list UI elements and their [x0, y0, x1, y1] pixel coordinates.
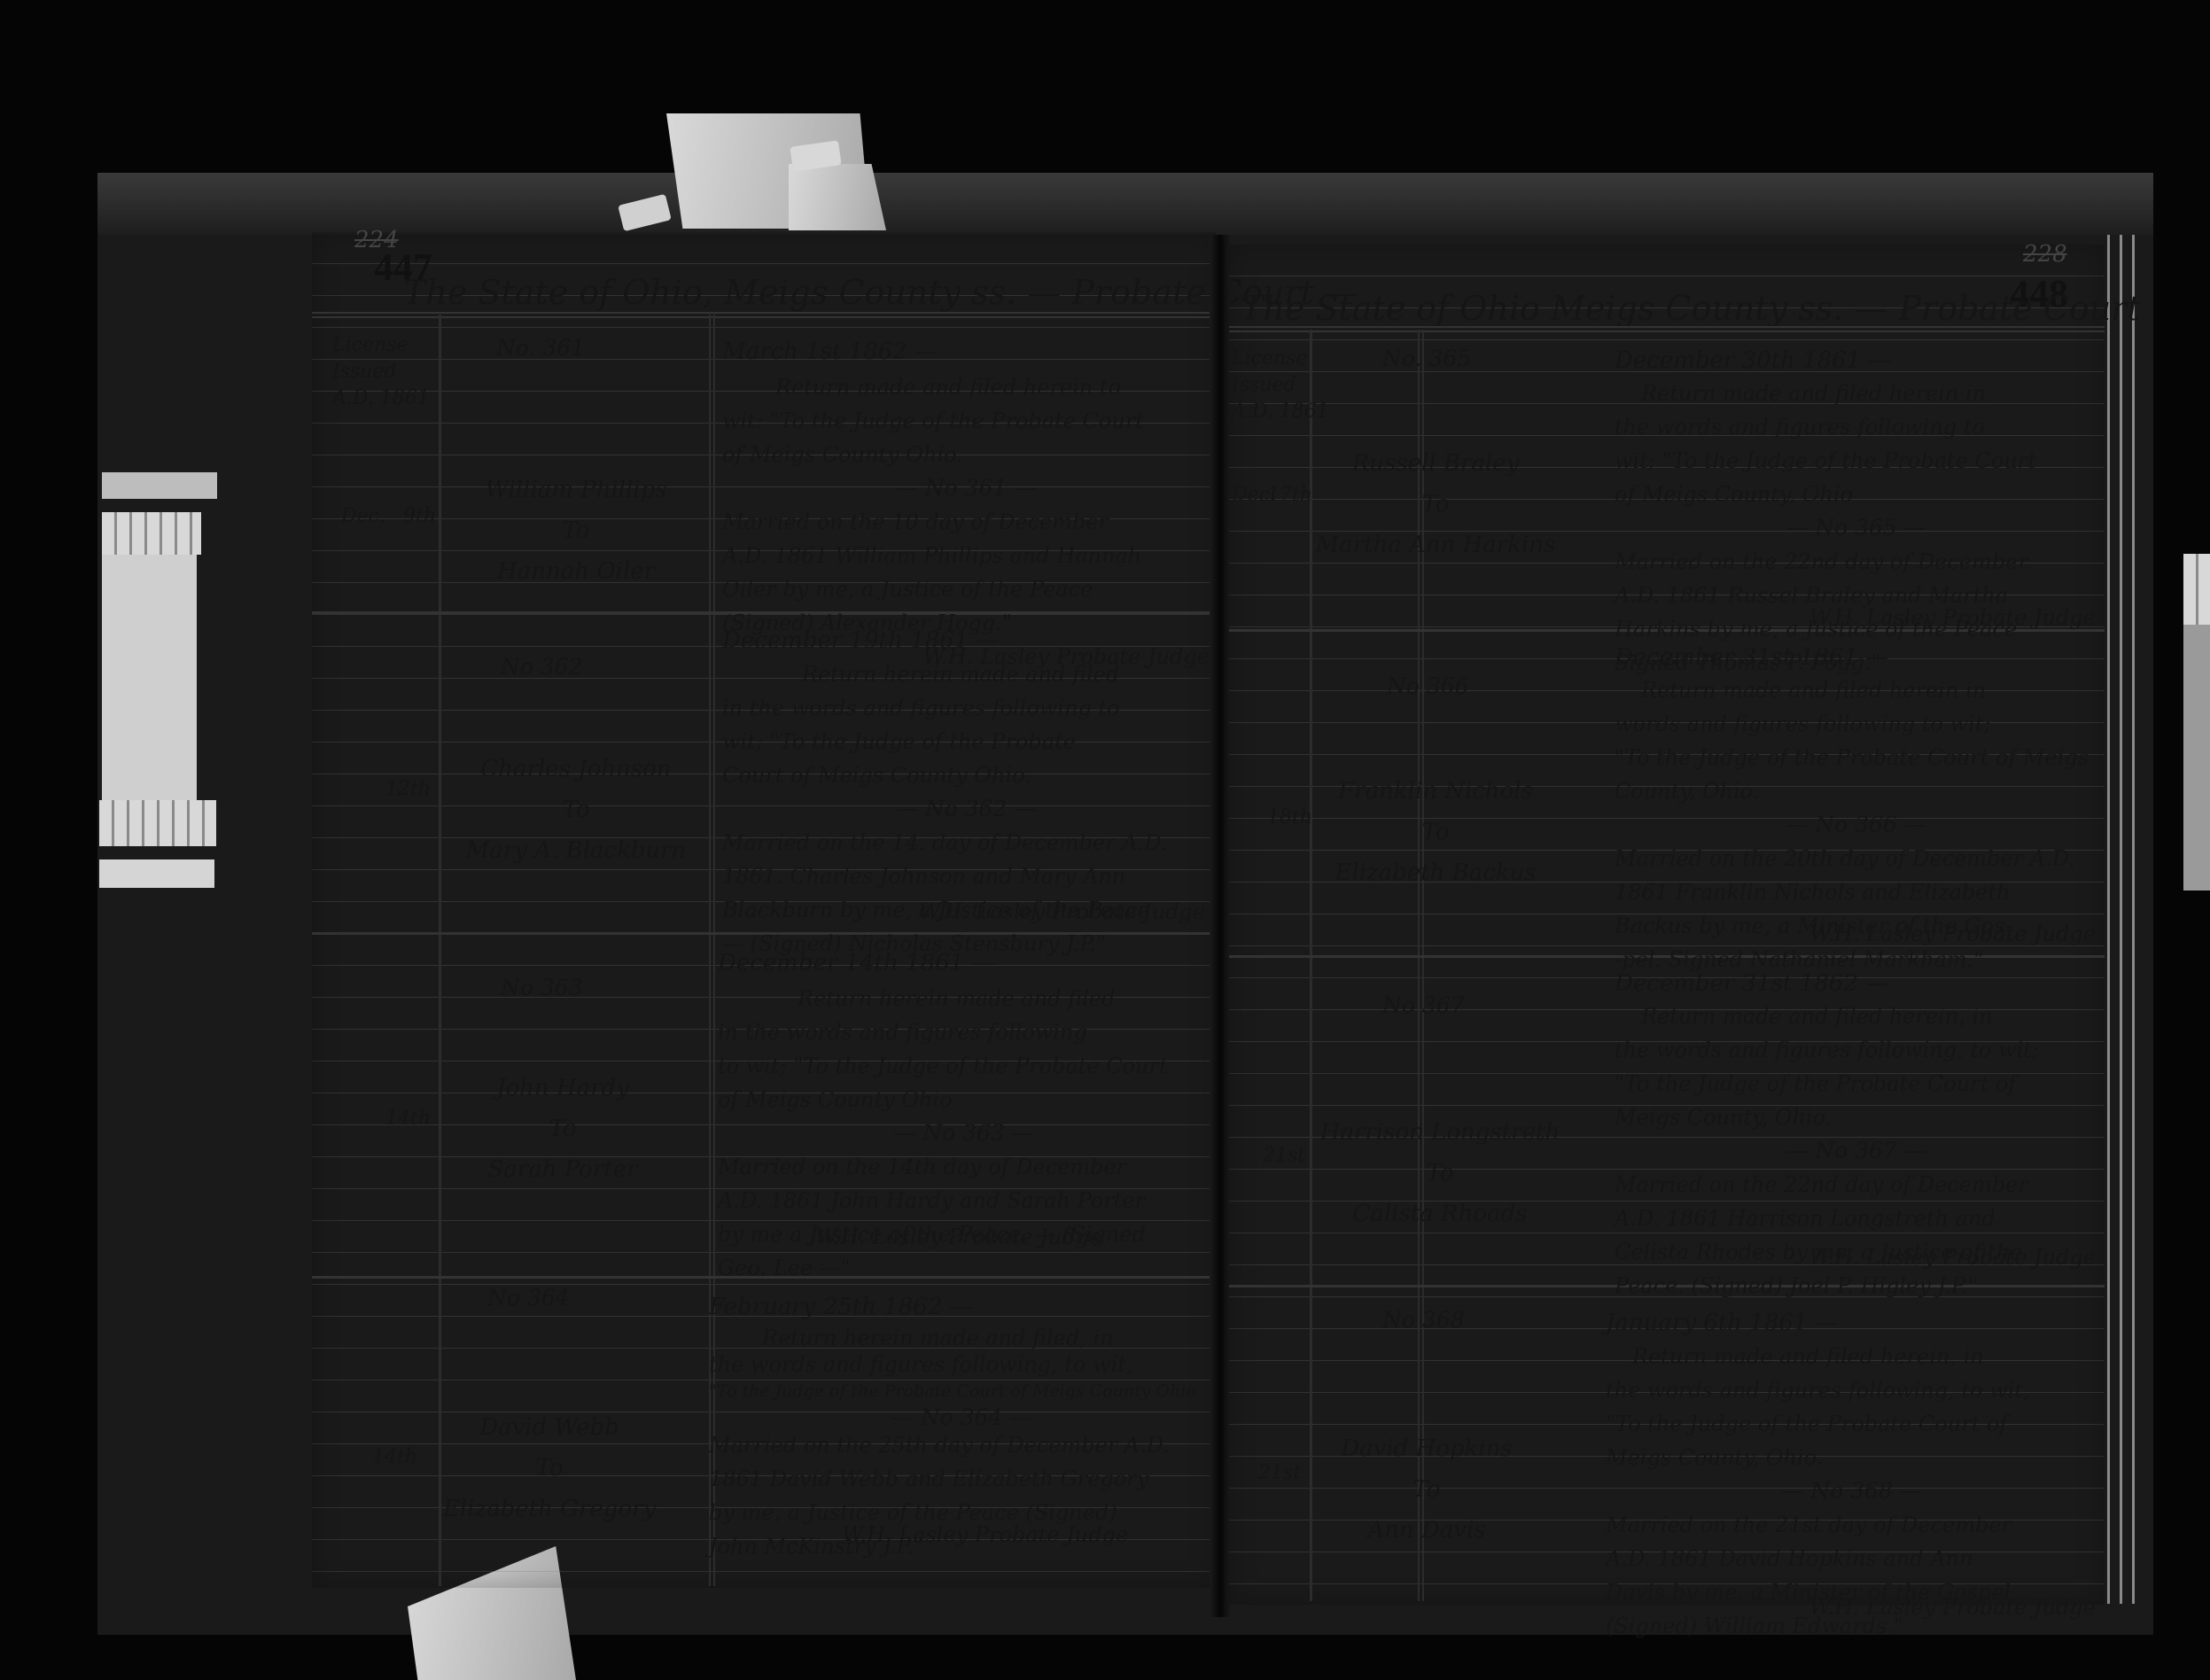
right-old-page-number: 228: [2023, 241, 2067, 268]
to-label: To: [1307, 812, 1564, 852]
judge-signature: W.H. Lasley Probate Judge: [1772, 1595, 2096, 1620]
bride-name: Elizabeth Gregory: [408, 1489, 691, 1529]
judge-signature: W.H. Lasley Probate Judge: [1790, 605, 2096, 630]
judge-signature: W.H. Lasley Probate Judge: [1790, 922, 2096, 946]
return-date: December 19th 1861 —: [722, 627, 1000, 654]
bride-name: Mary A. Blackburn: [443, 830, 709, 871]
couple-names: David Webb To Elizabeth Gregory: [408, 1407, 691, 1529]
left-license-header: License Issued A.D. 1861: [332, 332, 430, 412]
couple-names: John Hardy To Sarah Porter: [430, 1068, 696, 1190]
left-header-rule: [312, 312, 1216, 318]
license-month: Dec.: [341, 505, 385, 527]
license-day: 9th: [403, 505, 436, 527]
groom-name: Harrison Longstreth: [1307, 1112, 1573, 1153]
license-day: 14th: [385, 1108, 431, 1130]
couple-names: Charles Johnson To Mary A. Blackburn: [443, 749, 709, 871]
groom-name: David Webb: [408, 1407, 691, 1448]
entry-number: No. 361: [496, 335, 585, 361]
groom-name: William Phillips: [443, 470, 709, 510]
groom-name: Franklin Nichols: [1307, 771, 1564, 812]
license-day: 18th: [1267, 806, 1312, 828]
page-edge-block: [102, 472, 217, 499]
page-edge-block-lower: [99, 859, 214, 888]
entry-number: No 363: [501, 975, 583, 1000]
entry-number: No 362: [501, 654, 583, 680]
entry-number: No 367: [1382, 992, 1465, 1018]
license-day: 21st: [1263, 1145, 1305, 1167]
groom-name: Russell Braley: [1307, 443, 1564, 484]
left-license-column-rule: [439, 315, 441, 1586]
couple-names: William Phillips To Hannah Oiler: [443, 470, 709, 592]
right-page-header: The State of Ohio Meigs County ss. — Pro…: [1241, 289, 2141, 328]
judge-signature: W.H. Lasley Probate Judge: [815, 1225, 1125, 1249]
scanner-bed-top-edge: [97, 173, 2153, 235]
right-edge-ridged: [2183, 554, 2210, 625]
return-date: December 31st 1862 —: [1615, 970, 1888, 997]
entry-number: No 366: [1387, 673, 1469, 699]
bride-name: Elizabeth Backus: [1307, 852, 1564, 893]
to-label: To: [1307, 484, 1564, 525]
judge-signature: W.H. Lasley Probate Judge: [1790, 1245, 2096, 1270]
entry-number: No 364: [487, 1285, 570, 1311]
page-edge-ridged-top: [102, 512, 201, 555]
couple-names: Russell Braley To Martha Ann Harkins: [1307, 443, 1564, 565]
return-date: February 25th 1862 —: [709, 1294, 973, 1320]
bride-name: Ann Davis: [1294, 1510, 1560, 1551]
page-edge-ridged-bottom: [99, 800, 216, 846]
bride-name: Hannah Oiler: [443, 551, 709, 592]
license-day: 12th: [385, 778, 431, 800]
return-date: December 30th 1861 —: [1615, 347, 1892, 374]
to-label: To: [1294, 1469, 1560, 1510]
couple-names: David Hopkins To Ann Davis: [1294, 1428, 1560, 1551]
to-label: To: [1307, 1153, 1573, 1194]
to-label: To: [443, 510, 709, 551]
groom-name: John Hardy: [430, 1068, 696, 1108]
groom-name: David Hopkins: [1294, 1428, 1560, 1469]
couple-names: Harrison Longstreth To Calista Rhoads: [1307, 1112, 1573, 1234]
to-label: To: [430, 1108, 696, 1149]
license-day: 17th: [1267, 484, 1312, 506]
return-date: December 14th 1861 —: [718, 950, 995, 976]
right-header-rule: [1229, 326, 2105, 332]
to-label: To: [408, 1448, 691, 1489]
return-text: Return made and filed herein in the word…: [1615, 377, 2097, 680]
right-edge-block: [2183, 625, 2210, 891]
to-label: To: [443, 789, 709, 830]
right-page-edges: [2102, 235, 2137, 1604]
judge-signature: W.H. Lasley Probate Judge: [842, 1522, 1152, 1547]
return-text: Return herein made and filed, in the wor…: [709, 1325, 1214, 1431]
bride-name: Calista Rhoads: [1307, 1194, 1573, 1234]
entry-number: No. 365: [1382, 346, 1471, 371]
book-gutter: [1210, 235, 1231, 1617]
page-edge-stack: [102, 555, 197, 800]
entry-number: No 368: [1382, 1307, 1465, 1333]
return-date: January 6th 1861 —: [1606, 1310, 1839, 1336]
return-date: December 31st 1861 —: [1615, 644, 1888, 671]
book-clamp-top-arm: [789, 164, 886, 230]
couple-names: Franklin Nichols To Elizabeth Backus: [1307, 771, 1564, 893]
bride-name: Martha Ann Harkins: [1307, 525, 1564, 565]
groom-name: Charles Johnson: [443, 749, 709, 789]
bride-name: Sarah Porter: [430, 1149, 696, 1190]
judge-signature: W.H. Lasley Probate Judge: [895, 899, 1205, 924]
right-license-header: License Issued A.D. 1861: [1232, 346, 1329, 425]
return-date: March 1st 1862 —: [722, 338, 938, 365]
